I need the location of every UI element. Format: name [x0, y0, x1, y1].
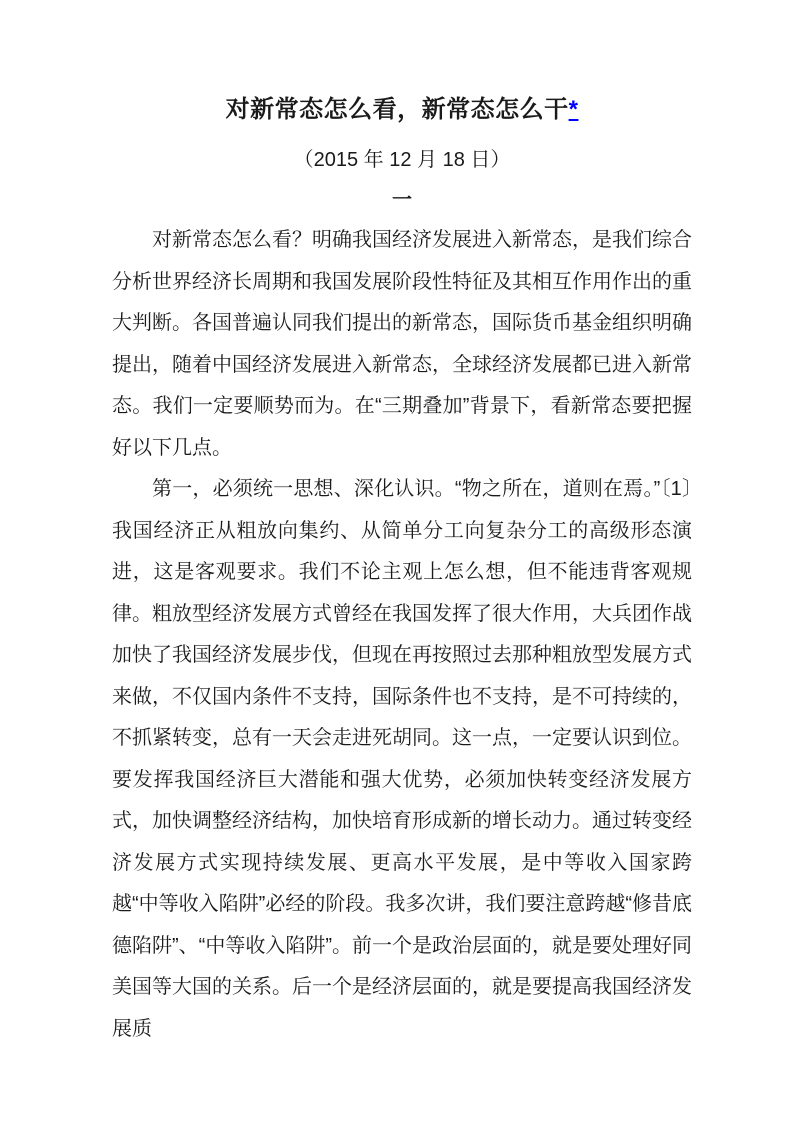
section-number: 一 — [112, 180, 692, 220]
footnote-ref-link[interactable]: * — [569, 96, 579, 123]
document-date: （2015 年 12 月 18 日） — [112, 140, 692, 180]
paragraph-2: 第一，必须统一思想、深化认识。“物之所在，道则在焉。”〔1〕我国经济正从粗放向集… — [112, 469, 692, 1050]
document-title: 对新常态怎么看，新常态怎么干* — [112, 90, 692, 130]
document-title-text: 对新常态怎么看，新常态怎么干 — [226, 96, 569, 123]
paragraph-1: 对新常态怎么看？明确我国经济发展进入新常态，是我们综合分析世界经济长周期和我国发… — [112, 220, 692, 469]
document-page: 对新常态怎么看，新常态怎么干* （2015 年 12 月 18 日） 一 对新常… — [0, 0, 800, 1130]
